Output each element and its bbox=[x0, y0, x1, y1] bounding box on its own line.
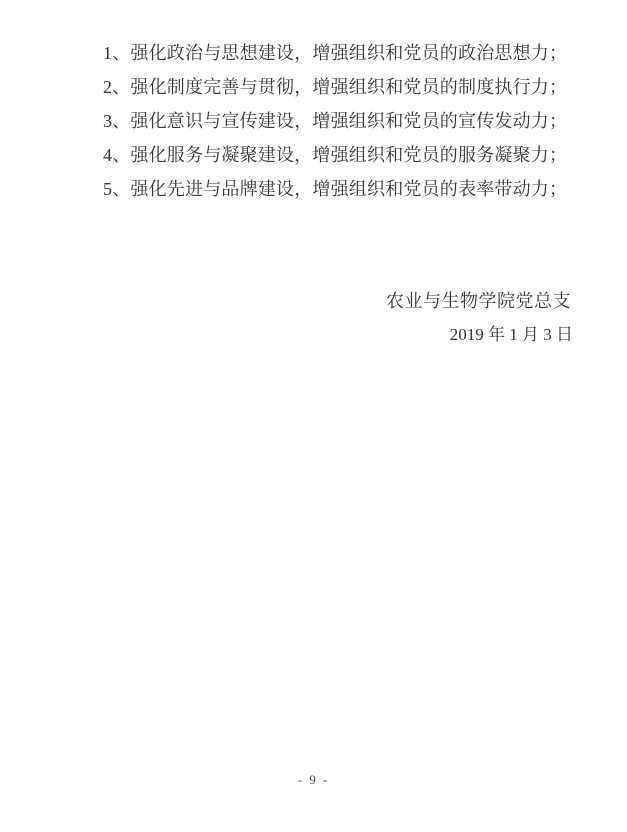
document-page: 1、强化政治与思想建设，增强组织和党员的政治思想力； 2、强化制度完善与贯彻，增… bbox=[0, 0, 627, 832]
signature: 农业与生物学院党总支 bbox=[386, 287, 571, 313]
list-item-1: 1、强化政治与思想建设，增强组织和党员的政治思想力； bbox=[103, 36, 587, 70]
list-item-4: 4、强化服务与凝聚建设，增强组织和党员的服务凝聚力； bbox=[103, 138, 587, 172]
list-item-5: 5、强化先进与品牌建设，增强组织和党员的表率带动力； bbox=[103, 172, 587, 206]
numbered-list: 1、强化政治与思想建设，增强组织和党员的政治思想力； 2、强化制度完善与贯彻，增… bbox=[103, 36, 587, 206]
page-footer: - 9 - bbox=[0, 771, 627, 789]
list-item-3: 3、强化意识与宣传建设，增强组织和党员的宣传发动力； bbox=[103, 104, 587, 138]
page-number: - 9 - bbox=[298, 772, 330, 787]
document-date: 2019 年 1 月 3 日 bbox=[450, 320, 573, 345]
list-item-2: 2、强化制度完善与贯彻，增强组织和党员的制度执行力； bbox=[103, 70, 587, 104]
